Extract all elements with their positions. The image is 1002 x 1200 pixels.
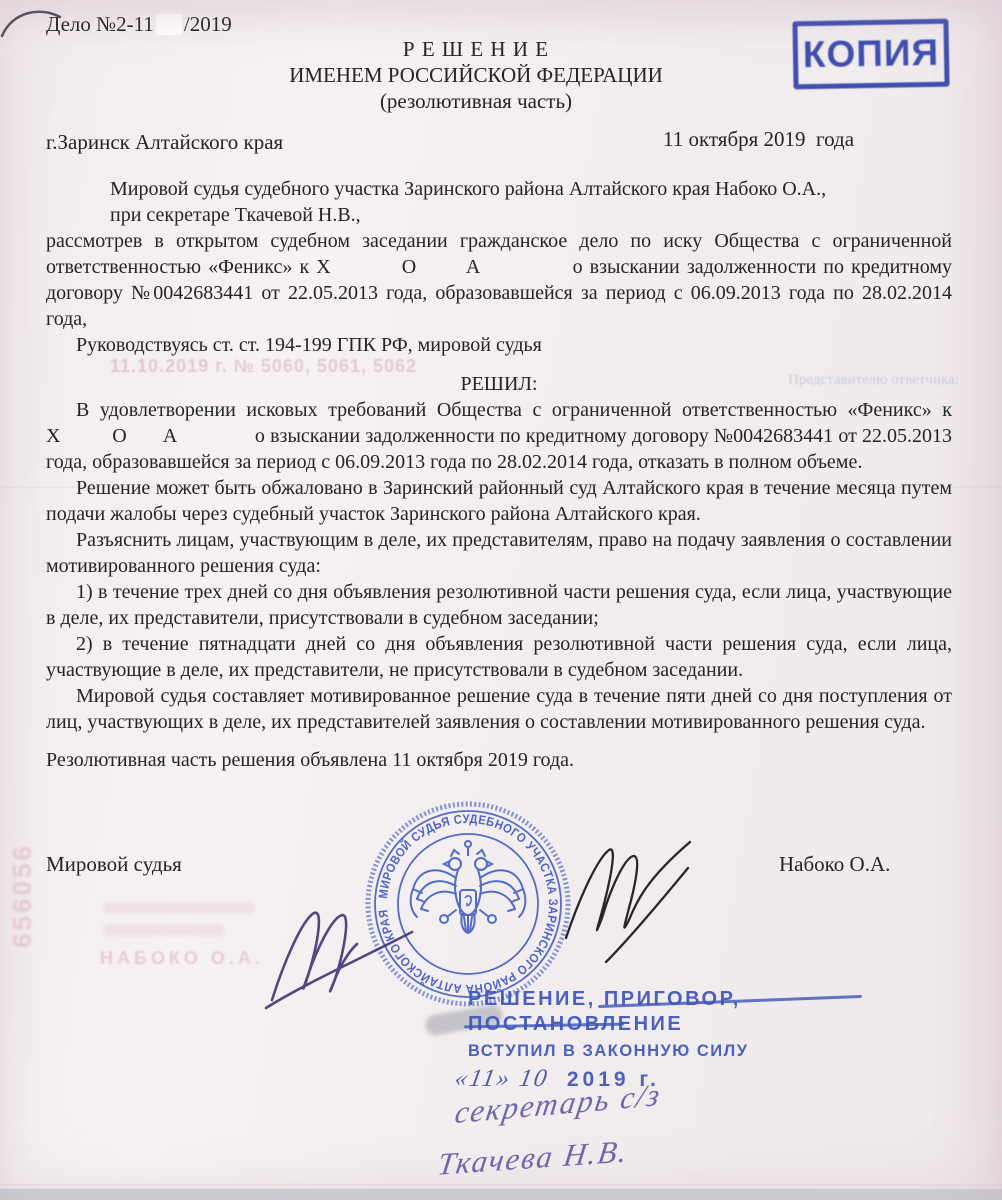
scanner-edge-strip	[0, 1188, 1002, 1200]
paragraph-clarify: Разъяснить лицам, участвующим в деле, их…	[46, 527, 952, 579]
bleed-through-judge-stamp: НАБОКО О.А.	[100, 948, 264, 969]
paragraph-item-1: 1) в течение трех дней со дня объявления…	[46, 579, 952, 631]
edge-serial-number: 656056	[7, 843, 38, 948]
case-number: Дело №2-11 /2019	[46, 12, 232, 37]
double-headed-eagle-icon	[411, 841, 526, 933]
paragraph-motivated-decision: Мировой судья составляет мотивированное …	[46, 683, 952, 735]
title-in-the-name: ИМЕНЕМ РОССИЙСКОЙ ФЕДЕРАЦИИ	[46, 62, 906, 88]
redaction-box	[156, 14, 182, 35]
paragraph-ruling: В удовлетворении исковых требований Обще…	[46, 397, 952, 475]
secretary-name-handwriting: Ткачева Н.В.	[436, 1133, 631, 1183]
bleed-through-blur-bar	[104, 902, 254, 914]
paragraph-appeal: Решение может быть обжаловано в Зарински…	[46, 475, 952, 527]
document-title: Р Е Ш Е Н И Е ИМЕНЕМ РОССИЙСКОЙ ФЕДЕРАЦИ…	[46, 36, 906, 114]
title-operative-part: (резолютивная часть)	[46, 88, 906, 114]
case-number-suffix: /2019	[184, 12, 232, 37]
stamp-line-entered-force: ВСТУПИЛ В ЗАКОННУЮ СИЛУ	[468, 1042, 749, 1061]
intro-secretary-line: при секретаре Ткачевой Н.В.,	[46, 202, 952, 228]
court-seal: МИРОВОЙ СУДЬЯ СУДЕБНОГО УЧАСТКА ЗАРИНСКО…	[362, 798, 574, 1010]
date-of-issue: 11 октября 2019 года	[663, 127, 854, 152]
judge-name: Набоко О.А.	[779, 852, 890, 877]
svg-text:МИРОВОЙ СУДЬЯ СУДЕБНОГО УЧАСТК: МИРОВОЙ СУДЬЯ СУДЕБНОГО УЧАСТКА ЗАРИНСКО…	[376, 812, 560, 996]
paper-fold-crease	[0, 1184, 1002, 1186]
intro-judge-line: Мировой судья судебного участка Заринско…	[46, 176, 952, 202]
decided-heading: РЕШИЛ:	[46, 371, 952, 397]
judge-title-label: Мировой судья	[46, 852, 182, 877]
seal-ring-text: МИРОВОЙ СУДЬЯ СУДЕБНОГО УЧАСТКА ЗАРИНСКО…	[376, 812, 560, 996]
case-number-prefix: Дело №2-11	[46, 12, 154, 37]
paragraph-announced: Резолютивная часть решения объявлена 11 …	[46, 747, 952, 773]
place-of-issue: г.Заринск Алтайского края	[46, 130, 283, 155]
paragraph-item-2: 2) в течение пятнадцати дней со дня объя…	[46, 631, 952, 683]
paragraph-guided-by: Руководствуясь ст. ст. 194-199 ГПК РФ, м…	[46, 332, 952, 358]
paragraph-considered: рассмотрев в открытом судебном заседании…	[46, 228, 952, 332]
scanned-court-decision: 656056 11.10.2019 г. № 5060, 5061, 5062 …	[0, 0, 1002, 1200]
decision-body: Мировой судья судебного участка Заринско…	[46, 176, 952, 773]
bleed-through-blur-bar	[104, 924, 224, 936]
title-decision: Р Е Ш Е Н И Е	[46, 36, 906, 62]
